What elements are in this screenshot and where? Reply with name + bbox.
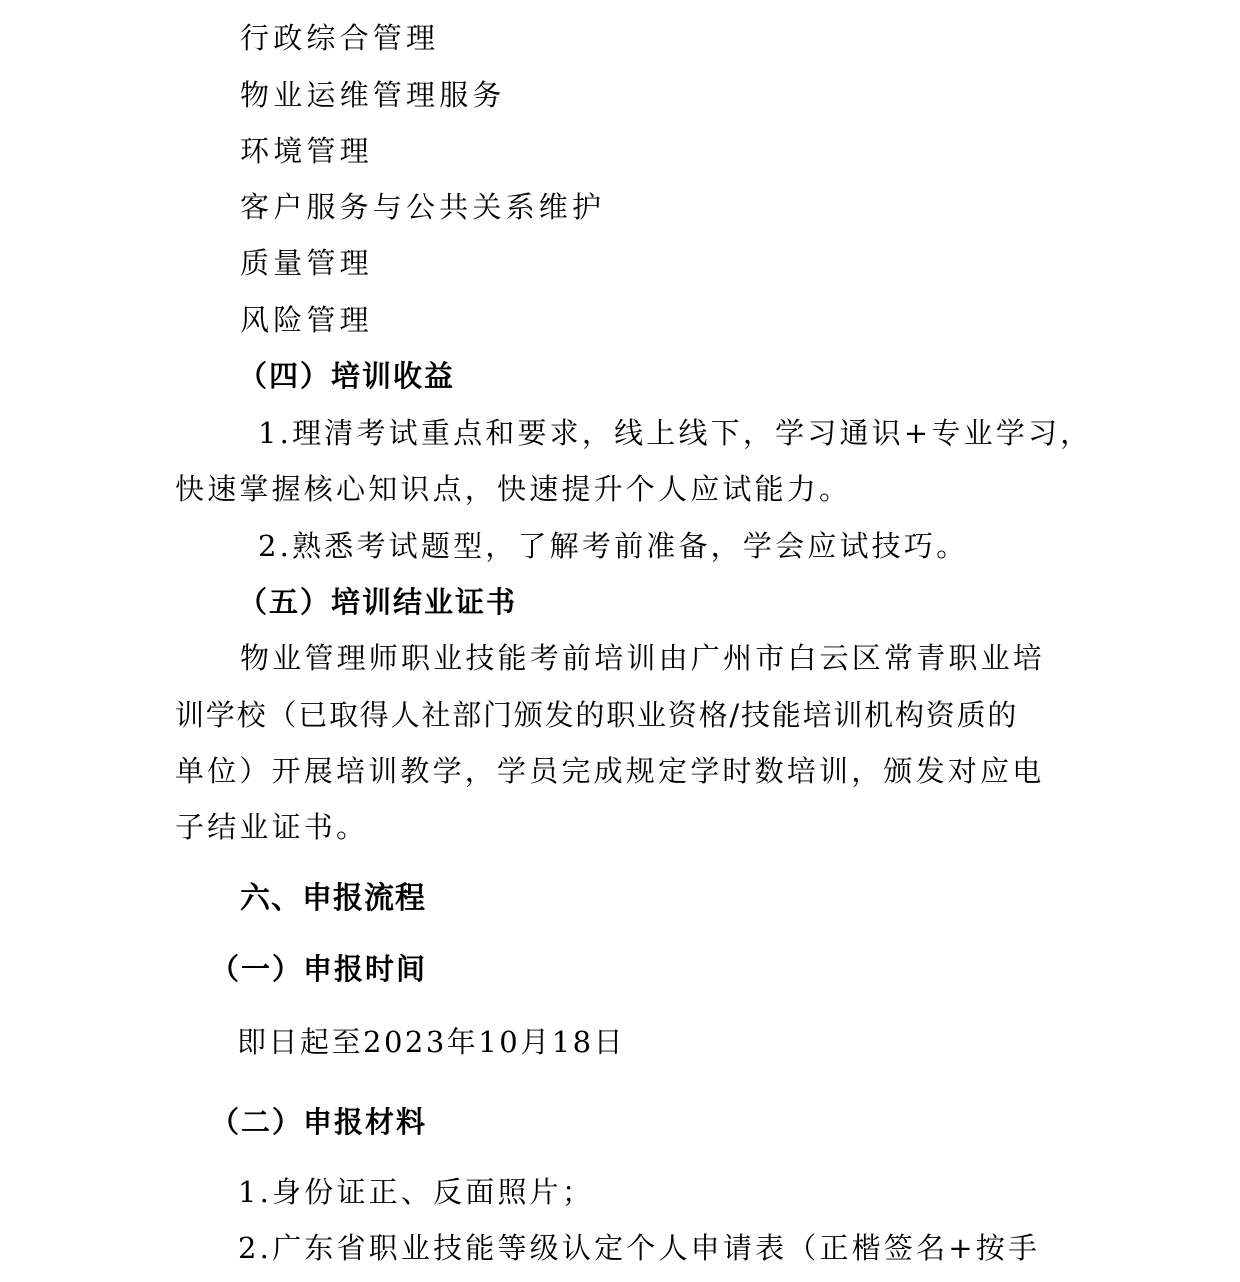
section-heading: （一）申报时间 bbox=[210, 951, 427, 987]
list-item: 质量管理 bbox=[240, 245, 373, 281]
list-item: 行政综合管理 bbox=[240, 20, 439, 56]
paragraph-line: 快速掌握核心知识点，快速提升个人应试能力。 bbox=[175, 471, 851, 507]
paragraph-line: 物业管理师职业技能考前培训由广州市白云区常青职业培 bbox=[240, 640, 1045, 676]
paragraph-line: 即日起至2023年10月18日 bbox=[237, 1024, 625, 1060]
paragraph-line: 训学校（已取得人社部门颁发的职业资格/技能培训机构资质的 bbox=[175, 697, 1018, 733]
chapter-heading: 六、申报流程 bbox=[240, 881, 426, 917]
list-item: 物业运维管理服务 bbox=[240, 77, 506, 113]
section-heading: （二）申报材料 bbox=[210, 1104, 427, 1140]
list-item: 1.身份证正、反面照片； bbox=[238, 1174, 594, 1210]
paragraph-line: 单位）开展培训教学，学员完成规定学时数培训，颁发对应电 bbox=[175, 753, 1044, 789]
list-item: 2.广东省职业技能等级认定个人申请表（正楷签名+按手 bbox=[238, 1230, 1040, 1266]
paragraph-line: 子结业证书。 bbox=[175, 809, 368, 845]
list-item: 风险管理 bbox=[240, 302, 373, 338]
paragraph-line: 1.理清考试重点和要求，线上线下，学习通识+专业学习， bbox=[258, 415, 1092, 451]
list-item: 环境管理 bbox=[240, 133, 373, 169]
paragraph-line: 2.熟悉考试题型，了解考前准备，学会应试技巧。 bbox=[258, 528, 968, 564]
list-item: 客户服务与公共关系维护 bbox=[240, 189, 605, 225]
section-heading: （五）培训结业证书 bbox=[238, 584, 517, 620]
section-heading: （四）培训收益 bbox=[238, 358, 455, 394]
